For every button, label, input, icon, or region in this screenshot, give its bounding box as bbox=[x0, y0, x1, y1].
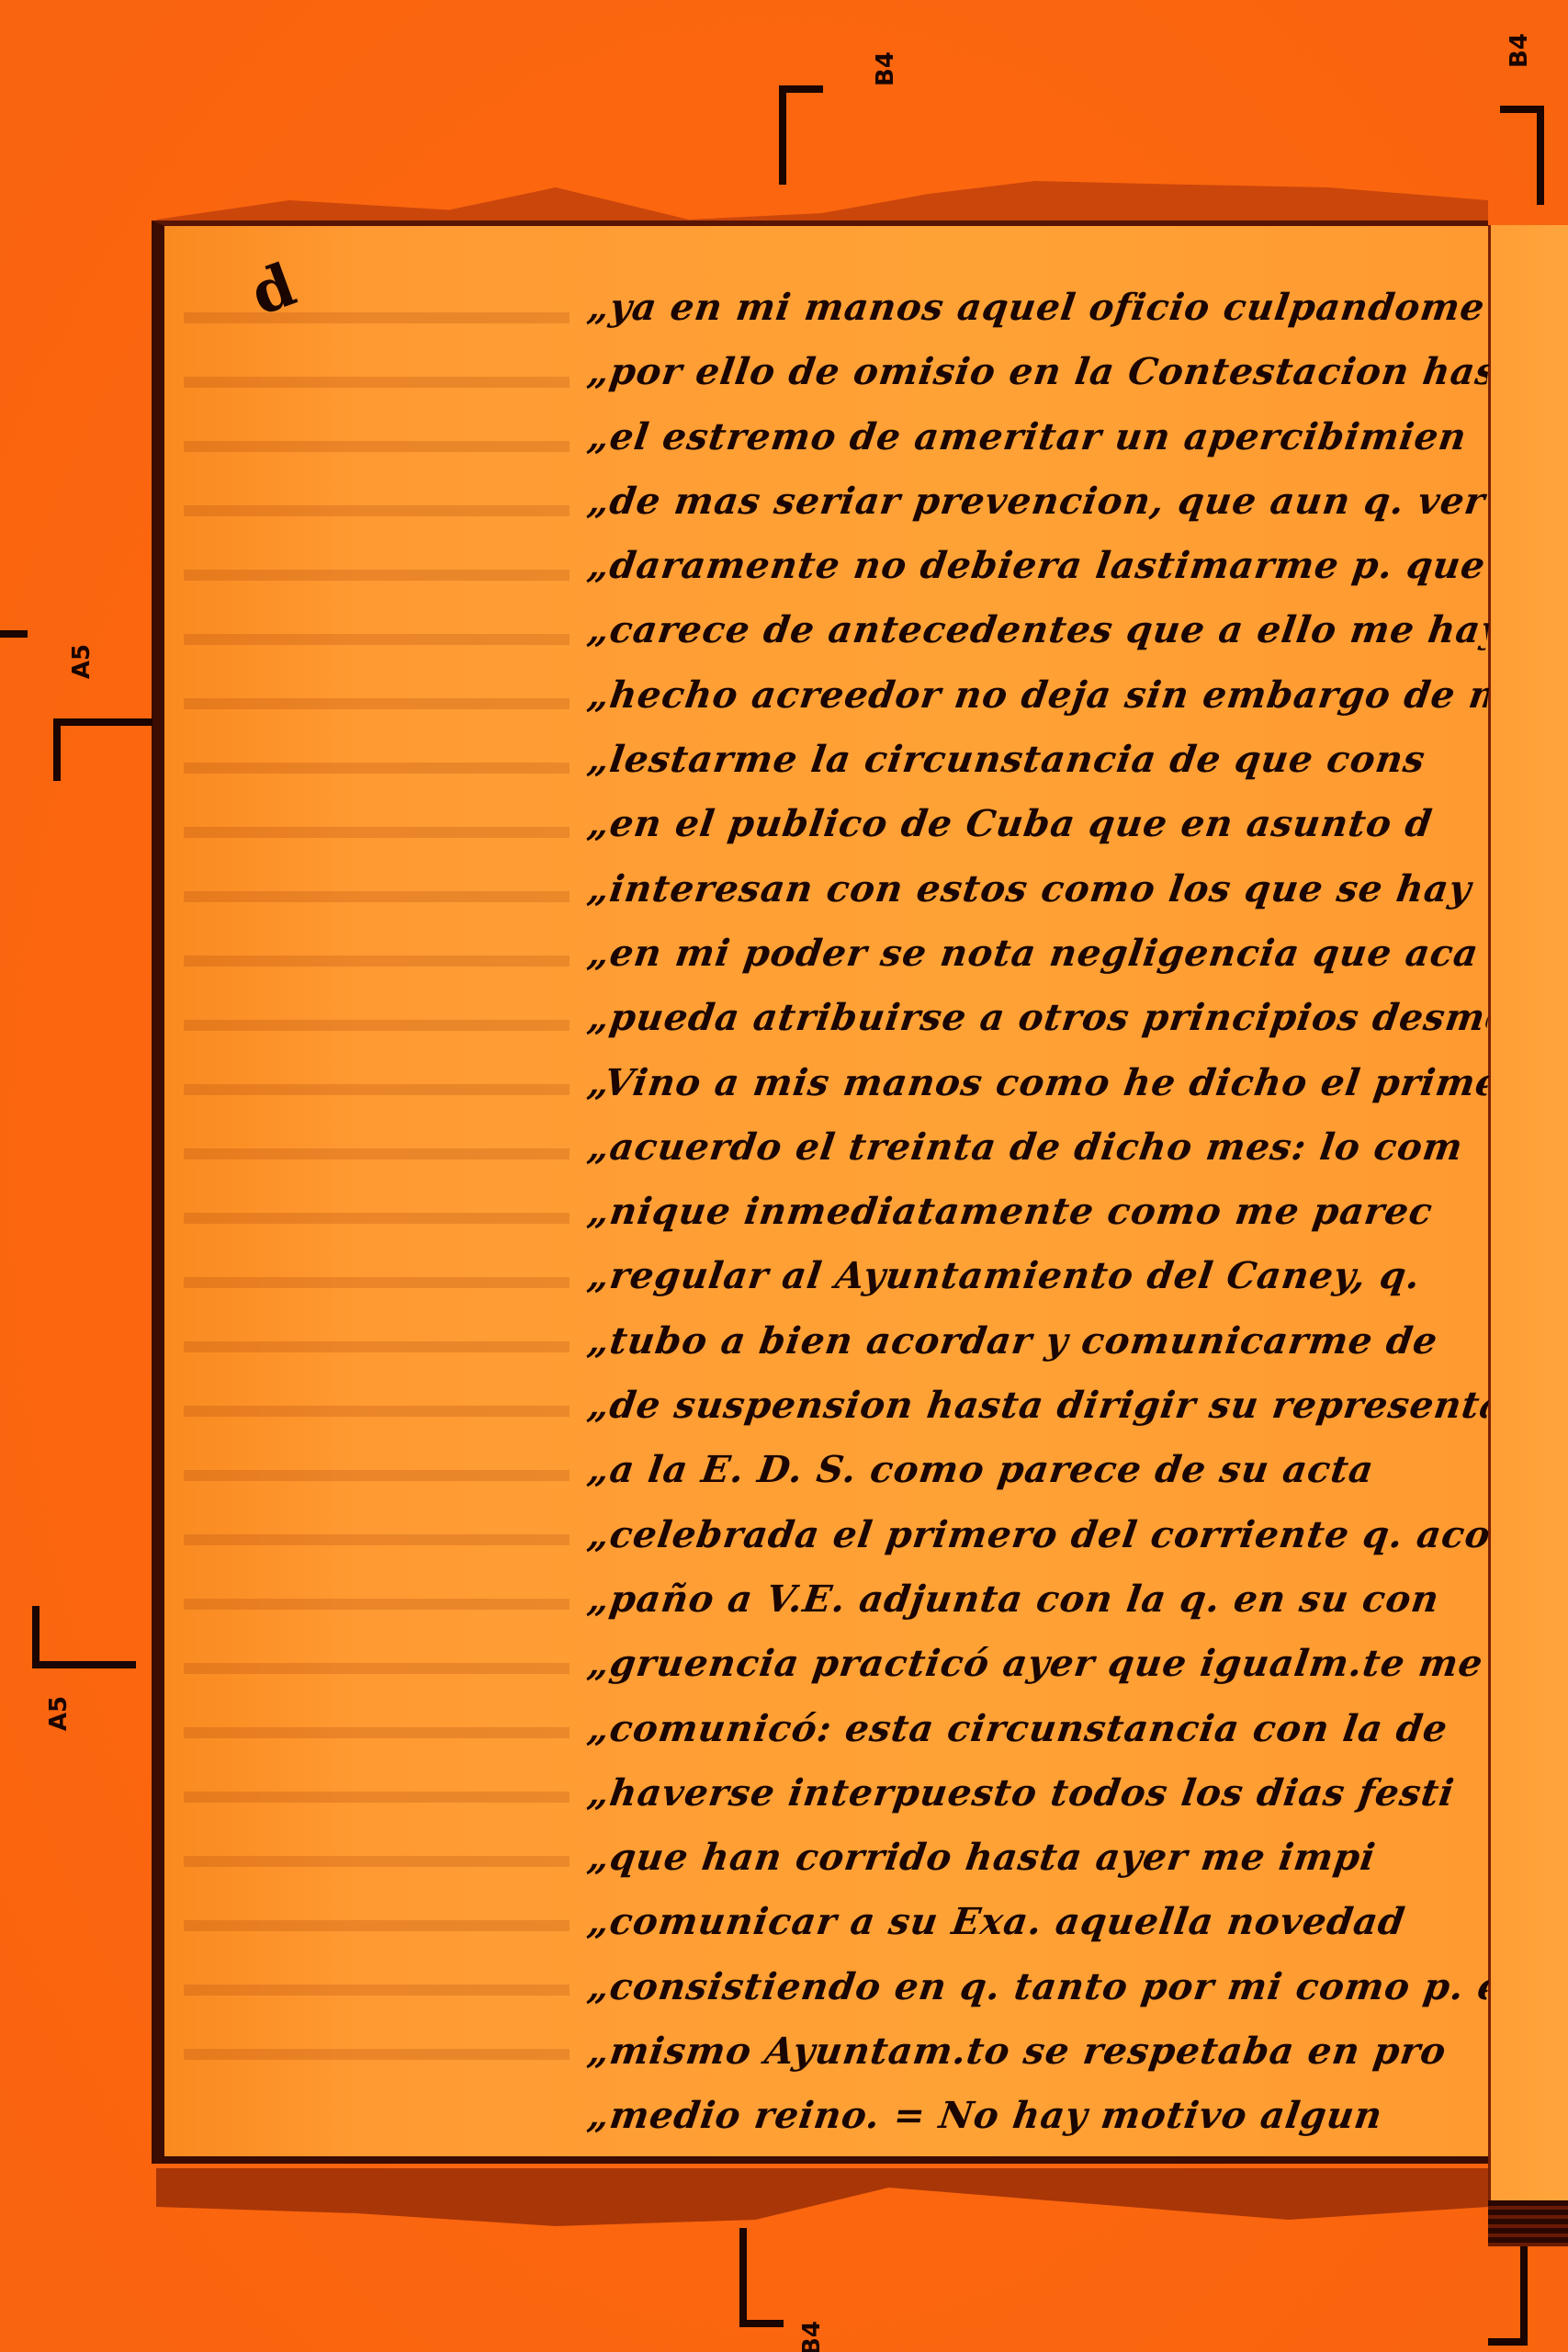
target-bracket-bottom-right bbox=[1488, 2246, 1528, 2346]
text-line: „medio reino. = No hay motivo algun bbox=[583, 2084, 1493, 2148]
text-line: „de mas seriar prevencion, que aun q. ve… bbox=[583, 469, 1493, 534]
target-bracket-bottom-left bbox=[739, 2228, 784, 2327]
text-line: „pueda atribuirse a otros principios des… bbox=[583, 986, 1493, 1050]
target-bracket-left-upper bbox=[53, 718, 152, 781]
marker-label-bottom-left: B4 bbox=[798, 2321, 826, 2352]
marker-label-top-left: B4 bbox=[872, 51, 899, 86]
text-line: „el estremo de ameritar un apercibimien bbox=[583, 405, 1493, 469]
manuscript-text: „ya en mi manos aquel oficio culpandome … bbox=[588, 276, 1488, 2149]
marker-label-top-right: B4 bbox=[1506, 33, 1533, 68]
text-line: „regular al Ayuntamiento del Caney, q. bbox=[583, 1244, 1493, 1308]
text-line: „de suspension hasta dirigir su represen… bbox=[583, 1374, 1493, 1438]
bleed-through-margin bbox=[184, 276, 570, 2113]
text-line: „a la E. D. S. como parece de su acta bbox=[583, 1438, 1493, 1502]
marker-label-left-lower: A5 bbox=[45, 1696, 73, 1731]
text-line: „lestarme la circunstancia de que cons bbox=[583, 728, 1493, 792]
text-line: „en el publico de Cuba que en asunto d bbox=[583, 792, 1493, 856]
text-line: „carece de antecedentes que a ello me ha… bbox=[583, 598, 1493, 662]
text-line: „haverse interpuesto todos los dias fest… bbox=[583, 1761, 1493, 1826]
text-line: „paño a V.E. adjunta con la q. en su con bbox=[583, 1567, 1493, 1632]
text-line: „interesan con estos como los que se hay bbox=[583, 857, 1493, 922]
text-line: „Vino a mis manos como he dicho el prime bbox=[583, 1051, 1493, 1115]
facing-page-stack bbox=[1488, 2200, 1568, 2246]
marker-label-left-upper: A5 bbox=[68, 644, 96, 679]
text-line: „que han corrido hasta ayer me impi bbox=[583, 1826, 1493, 1890]
target-tick-left-upper bbox=[0, 630, 28, 638]
target-bracket-top-left bbox=[779, 85, 823, 185]
text-line: „nique inmediatamente como me parec bbox=[583, 1180, 1493, 1244]
text-line: „celebrada el primero del corriente q. a… bbox=[583, 1503, 1493, 1567]
target-bracket-left-lower bbox=[32, 1606, 136, 1668]
text-line: „mismo Ayuntam.to se respetaba en pro bbox=[583, 2019, 1493, 2084]
text-line: „en mi poder se nota negligencia que aca bbox=[583, 922, 1493, 986]
target-bracket-top-right bbox=[1500, 106, 1544, 205]
text-line: „por ello de omisio en la Contestacion h… bbox=[583, 340, 1493, 404]
text-line: „acuerdo el treinta de dicho mes: lo com bbox=[583, 1115, 1493, 1180]
text-line: „daramente no debiera lastimarme p. que bbox=[583, 534, 1493, 598]
text-line: „gruencia practicó ayer que igualm.te me bbox=[583, 1632, 1493, 1696]
text-line: „hecho acreedor no deja sin embargo de m bbox=[583, 663, 1493, 728]
text-line: „consistiendo en q. tanto por mi como p.… bbox=[583, 1955, 1493, 2019]
text-line: „comunicó: esta circunstancia con la de bbox=[583, 1697, 1493, 1761]
text-line: „tubo a bien acordar y comunicarme de bbox=[583, 1309, 1493, 1374]
text-line: „comunicar a su Exa. aquella novedad bbox=[583, 1890, 1493, 1954]
facing-page-edge bbox=[1488, 225, 1568, 2200]
text-line: „ya en mi manos aquel oficio culpandome bbox=[583, 276, 1493, 340]
